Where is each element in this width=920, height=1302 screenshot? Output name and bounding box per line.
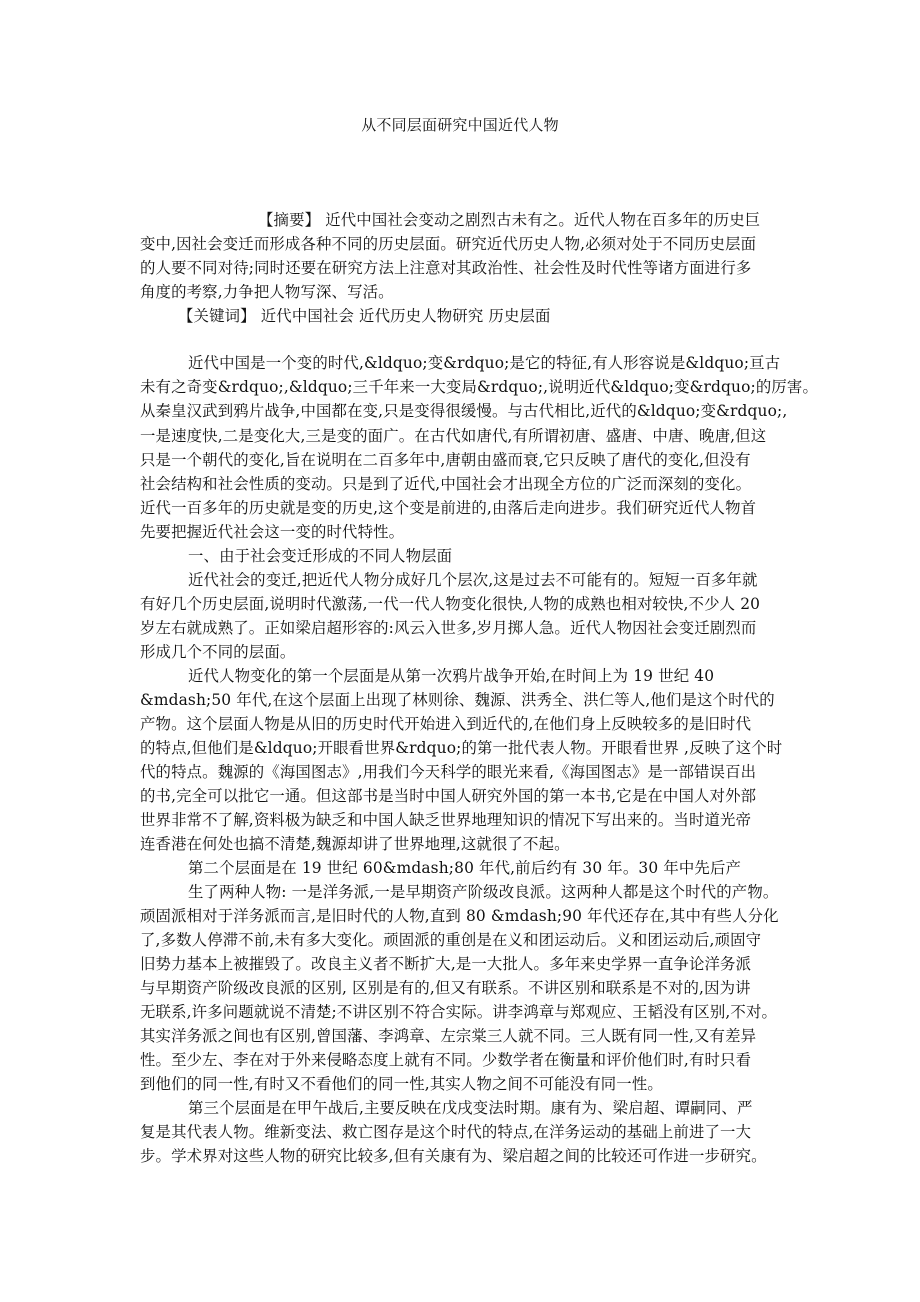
text-line: 无联系,许多问题就说不清楚;不讲区别不符合实际。讲李鸿章与郑观应、王韬没有区别,… [140, 1002, 800, 1022]
text-line: 角度的考察,力争把人物写深、写活。 [140, 282, 800, 302]
text-line: 形成几个不同的层面。 [140, 642, 800, 662]
text-line: 先要把握近代社会这一变的时代特性。 [140, 522, 800, 542]
text-line: 有好几个历史层面,说明时代激荡,一代一代人物变化很快,人物的成熟也相对较快,不少… [140, 594, 800, 614]
text-line: 【摘要】 近代中国社会变动之剧烈古未有之。近代人物在百多年的历史巨 [258, 210, 800, 230]
text-line: 旧势力基本上被摧毁了。改良主义者不断扩大,是一大批人。多年来史学界一直争论洋务派 [140, 954, 800, 974]
text-line: 产物。这个层面人物是从旧的历史时代开始进入到近代的,在他们身上反映较多的是旧时代 [140, 714, 800, 734]
text-line: 近代社会的变迁,把近代人物分成好几个层次,这是过去不可能有的。短短一百多年就 [188, 570, 800, 590]
text-line: 【关键词】 近代中国社会 近代历史人物研究 历史层面 [178, 306, 800, 326]
text-line: 复是其代表人物。维新变法、救亡图存是这个时代的特点,在洋务运动的基础上前进了一大 [140, 1122, 800, 1142]
text-line: 世界非常不了解,资料极为缺乏和中国人缺乏世界地理知识的情况下写出来的。当时道光帝 [140, 810, 800, 830]
text-line: 近代中国是一个变的时代,&ldquo;变&rdquo;是它的特征,有人形容说是&… [188, 353, 800, 373]
text-line: 的人要不同对待;同时还要在研究方法上注意对其政治性、社会性及时代性等诸方面进行多 [140, 258, 800, 278]
text-line: 的特点,但他们是&ldquo;开眼看世界&rdquo;的第一批代表人物。开眼看世… [140, 738, 800, 758]
text-line: &mdash;50 年代,在这个层面上出现了林则徐、魏源、洪秀全、洪仁等人,他们… [140, 690, 800, 710]
text-line: 步。学术界对这些人物的研究比较多,但有关康有为、梁启超之间的比较还可作进一步研究… [140, 1146, 800, 1166]
text-line: 近代人物变化的第一个层面是从第一次鸦片战争开始,在时间上为 19 世纪 40 [188, 666, 800, 686]
text-line: 连香港在何处也搞不清楚,魏源却讲了世界地理,这就很了不起。 [140, 834, 800, 854]
text-line: 代的特点。魏源的《海国图志》,用我们今天科学的眼光来看,《海国图志》是一部错误百… [140, 762, 800, 782]
text-line: 一、由于社会变迁形成的不同人物层面 [188, 546, 800, 566]
text-line: 了,多数人停滞不前,未有多大变化。顽固派的重创是在义和团运动后。义和团运动后,顽… [140, 930, 800, 950]
text-line: 生了两种人物: 一是洋务派,一是早期资产阶级改良派。这两种人都是这个时代的产物。 [188, 882, 800, 902]
text-line: 未有之奇变&rdquo;,&ldquo;三千年来一大变局&rdquo;,说明近代… [140, 377, 800, 397]
text-line: 到他们的同一性,有时又不看他们的同一性,其实人物之间不可能没有同一性。 [140, 1074, 800, 1094]
text-line: 从秦皇汉武到鸦片战争,中国都在变,只是变得很缓慢。与古代相比,近代的&ldquo… [140, 401, 800, 421]
text-line: 顽固派相对于洋务派而言,是旧时代的人物,直到 80 &mdash;90 年代还存… [140, 906, 800, 926]
text-line: 其实洋务派之间也有区别,曾国藩、李鸿章、左宗棠三人就不同。三人既有同一性,又有差… [140, 1026, 800, 1046]
text-line: 岁左右就成熟了。正如梁启超形容的:风云入世多,岁月掷人急。近代人物因社会变迁剧烈… [140, 618, 800, 638]
text-line: 的书,完全可以批它一通。但这部书是当时中国人研究外国的第一本书,它是在中国人对外… [140, 786, 800, 806]
document-title: 从不同层面研究中国近代人物 [0, 114, 920, 135]
text-line: 性。至少左、李在对于外来侵略态度上就有不同。少数学者在衡量和评价他们时,有时只看 [140, 1050, 800, 1070]
text-line: 只是一个朝代的变化,旨在说明在二百多年中,唐朝由盛而衰,它只反映了唐代的变化,但… [140, 450, 800, 470]
text-line: 第二个层面是在 19 世纪 60&mdash;80 年代,前后约有 30 年。3… [188, 858, 800, 878]
text-line: 近代一百多年的历史就是变的历史,这个变是前进的,由落后走向进步。我们研究近代人物… [140, 498, 800, 518]
text-line: 第三个层面是在甲午战后,主要反映在戊戌变法时期。康有为、梁启超、谭嗣同、严 [188, 1098, 800, 1118]
text-line: 社会结构和社会性质的变动。只是到了近代,中国社会才出现全方位的广泛而深刻的变化。 [140, 474, 800, 494]
text-line: 一是速度快,二是变化大,三是变的面广。在古代如唐代,有所谓初唐、盛唐、中唐、晚唐… [140, 426, 800, 446]
text-line: 与早期资产阶级改良派的区别, 区别是有的,但又有联系。不讲区别和联系是不对的,因… [140, 978, 800, 998]
text-line: 变中,因社会变迁而形成各种不同的历史层面。研究近代历史人物,必须对处于不同历史层… [140, 234, 800, 254]
